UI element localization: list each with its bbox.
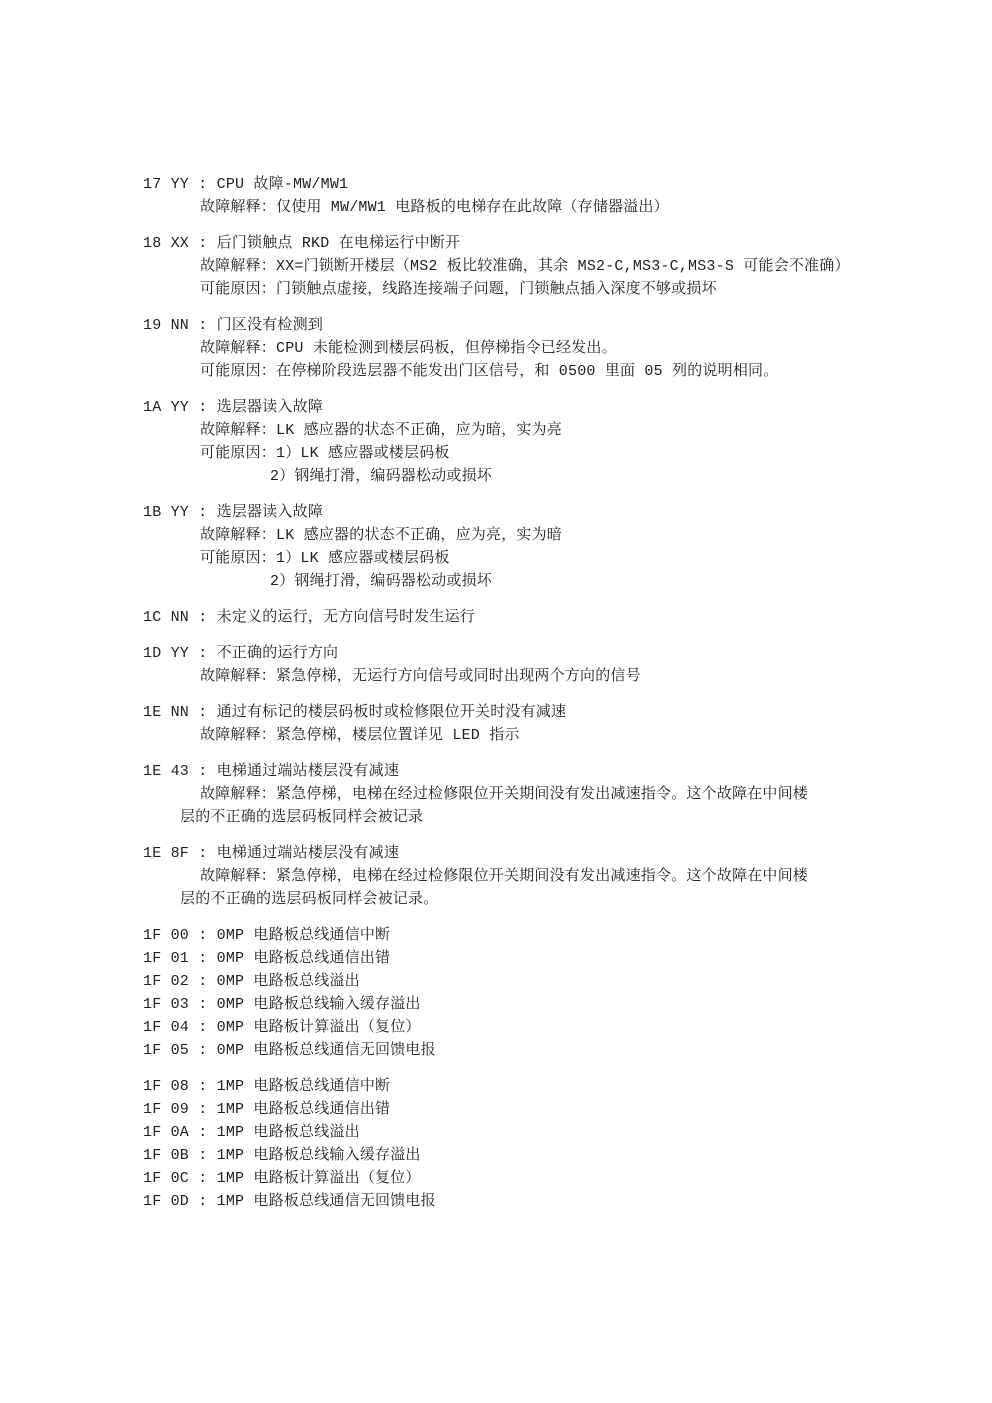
code-separator: : [189,1147,217,1164]
fault-code: 1E 8F [143,845,189,862]
fault-code-line: 1E NN : 通过有标记的楼层码板时或检修限位开关时没有减速 [0,701,992,724]
fault-title: 1MP 电路板总线通信中断 [217,1078,391,1095]
fault-title: 0MP 电路板总线通信出错 [217,950,391,967]
fault-title: 0MP 电路板总线通信无回馈电报 [217,1042,436,1059]
code-separator: : [189,1124,217,1141]
fault-block: 17 YY : CPU 故障-MW/MW1故障解释：仅使用 MW/MW1 电路板… [0,173,992,219]
code-separator: : [189,399,217,416]
fault-code-line: 1F 00 : 0MP 电路板总线通信中断 [0,924,992,947]
code-separator: : [189,1101,217,1118]
fault-detail-line: 故障解释：XX=门锁断开楼层（MS2 板比较准确，其余 MS2-C,MS3-C,… [0,255,992,278]
fault-code-line: 1E 43 : 电梯通过端站楼层没有减速 [0,760,992,783]
fault-detail-line: 故障解释：LK 感应器的状态不正确，应为暗，实为亮 [0,419,992,442]
fault-title: 0MP 电路板总线通信中断 [217,927,391,944]
fault-detail-line: 层的不正确的选层码板同样会被记录 [0,806,992,829]
fault-code: 1F 0B [143,1147,189,1164]
code-separator: : [189,504,217,521]
fault-title: 0MP 电路板计算溢出（复位） [217,1019,421,1036]
fault-code: 1B YY [143,504,189,521]
code-separator: : [189,176,217,193]
fault-code: 1F 04 [143,1019,189,1036]
fault-code: 1F 05 [143,1042,189,1059]
fault-detail-line: 2）钢绳打滑，编码器松动或损坏 [0,465,992,488]
fault-block: 1F 08 : 1MP 电路板总线通信中断1F 09 : 1MP 电路板总线通信… [0,1075,992,1213]
fault-block: 19 NN : 门区没有检测到故障解释：CPU 未能检测到楼层码板，但停梯指令已… [0,314,992,383]
fault-detail-line: 故障解释：紧急停梯，无运行方向信号或同时出现两个方向的信号 [0,665,992,688]
fault-block: 1E 8F : 电梯通过端站楼层没有减速故障解释：紧急停梯，电梯在经过检修限位开… [0,842,992,911]
fault-title: 选层器读入故障 [217,399,323,416]
fault-code-line: 1F 04 : 0MP 电路板计算溢出（复位） [0,1016,992,1039]
fault-detail-line: 可能原因：1）LK 感应器或楼层码板 [0,547,992,570]
code-separator: : [189,927,217,944]
code-separator: : [189,609,217,626]
fault-title: 1MP 电路板总线通信出错 [217,1101,391,1118]
fault-code-line: 1F 0B : 1MP 电路板总线输入缓存溢出 [0,1144,992,1167]
fault-detail-line: 故障解释：CPU 未能检测到楼层码板，但停梯指令已经发出。 [0,337,992,360]
fault-code: 1F 0A [143,1124,189,1141]
fault-code: 1F 0D [143,1193,189,1210]
fault-code: 1F 02 [143,973,189,990]
fault-title: 1MP 电路板总线通信无回馈电报 [217,1193,436,1210]
fault-code-line: 1F 02 : 0MP 电路板总线溢出 [0,970,992,993]
fault-block: 1C NN : 未定义的运行，无方向信号时发生运行 [0,606,992,629]
fault-detail-line: 故障解释：LK 感应器的状态不正确，应为亮，实为暗 [0,524,992,547]
fault-code: 17 YY [143,176,189,193]
fault-code-line: 1F 03 : 0MP 电路板总线输入缓存溢出 [0,993,992,1016]
code-separator: : [189,704,217,721]
fault-detail-line: 可能原因：1）LK 感应器或楼层码板 [0,442,992,465]
fault-title: 电梯通过端站楼层没有减速 [217,763,399,780]
fault-block: 1A YY : 选层器读入故障故障解释：LK 感应器的状态不正确，应为暗，实为亮… [0,396,992,488]
fault-block: 1D YY : 不正确的运行方向故障解释：紧急停梯，无运行方向信号或同时出现两个… [0,642,992,688]
code-separator: : [189,235,217,252]
fault-detail-line: 可能原因：门锁触点虚接，线路连接端子问题，门锁触点插入深度不够或损坏 [0,278,992,301]
fault-code: 1F 03 [143,996,189,1013]
fault-title: 通过有标记的楼层码板时或检修限位开关时没有减速 [217,704,567,721]
fault-block: 1B YY : 选层器读入故障故障解释：LK 感应器的状态不正确，应为亮，实为暗… [0,501,992,593]
fault-code-line: 1E 8F : 电梯通过端站楼层没有减速 [0,842,992,865]
fault-title: 1MP 电路板计算溢出（复位） [217,1170,421,1187]
fault-code-line: 19 NN : 门区没有检测到 [0,314,992,337]
code-separator: : [189,950,217,967]
fault-code: 1F 09 [143,1101,189,1118]
code-separator: : [189,1042,217,1059]
fault-code-line: 1A YY : 选层器读入故障 [0,396,992,419]
fault-block: 1E 43 : 电梯通过端站楼层没有减速故障解释：紧急停梯，电梯在经过检修限位开… [0,760,992,829]
fault-code: 1F 01 [143,950,189,967]
fault-code: 1E 43 [143,763,189,780]
fault-code-line: 1F 0A : 1MP 电路板总线溢出 [0,1121,992,1144]
fault-title: 未定义的运行，无方向信号时发生运行 [217,609,475,626]
fault-block: 18 XX : 后门锁触点 RKD 在电梯运行中断开故障解释：XX=门锁断开楼层… [0,232,992,301]
fault-code: 18 XX [143,235,189,252]
fault-title: 0MP 电路板总线溢出 [217,973,360,990]
fault-title: 不正确的运行方向 [217,645,339,662]
fault-code: 1D YY [143,645,189,662]
fault-block: 1F 00 : 0MP 电路板总线通信中断1F 01 : 0MP 电路板总线通信… [0,924,992,1062]
fault-code-line: 17 YY : CPU 故障-MW/MW1 [0,173,992,196]
fault-code-line: 18 XX : 后门锁触点 RKD 在电梯运行中断开 [0,232,992,255]
fault-code: 1C NN [143,609,189,626]
fault-code: 1F 08 [143,1078,189,1095]
code-separator: : [189,1170,217,1187]
code-separator: : [189,1019,217,1036]
fault-code-line: 1B YY : 选层器读入故障 [0,501,992,524]
fault-title: 选层器读入故障 [217,504,323,521]
fault-block: 1E NN : 通过有标记的楼层码板时或检修限位开关时没有减速故障解释：紧急停梯… [0,701,992,747]
fault-title: 1MP 电路板总线输入缓存溢出 [217,1147,421,1164]
fault-detail-line: 故障解释：紧急停梯，电梯在经过检修限位开关期间没有发出减速指令。这个故障在中间楼 [0,865,992,888]
fault-title: 电梯通过端站楼层没有减速 [217,845,399,862]
fault-code: 1A YY [143,399,189,416]
fault-detail-line: 故障解释：仅使用 MW/MW1 电路板的电梯存在此故障（存储器溢出） [0,196,992,219]
fault-code-line: 1F 01 : 0MP 电路板总线通信出错 [0,947,992,970]
fault-code: 1F 00 [143,927,189,944]
code-separator: : [189,1193,217,1210]
fault-title: 1MP 电路板总线溢出 [217,1124,360,1141]
fault-detail-line: 2）钢绳打滑，编码器松动或损坏 [0,570,992,593]
fault-code: 1F 0C [143,1170,189,1187]
fault-code-line: 1C NN : 未定义的运行，无方向信号时发生运行 [0,606,992,629]
code-separator: : [189,845,217,862]
code-separator: : [189,1078,217,1095]
code-separator: : [189,996,217,1013]
code-separator: : [189,763,217,780]
fault-list: 17 YY : CPU 故障-MW/MW1故障解释：仅使用 MW/MW1 电路板… [0,173,992,1226]
fault-code-line: 1F 0C : 1MP 电路板计算溢出（复位） [0,1167,992,1190]
fault-title: 0MP 电路板总线输入缓存溢出 [217,996,421,1013]
fault-code: 1E NN [143,704,189,721]
fault-detail-line: 故障解释：紧急停梯，电梯在经过检修限位开关期间没有发出减速指令。这个故障在中间楼 [0,783,992,806]
code-separator: : [189,317,217,334]
fault-code-line: 1D YY : 不正确的运行方向 [0,642,992,665]
fault-code-line: 1F 08 : 1MP 电路板总线通信中断 [0,1075,992,1098]
fault-title: 后门锁触点 RKD 在电梯运行中断开 [217,235,461,252]
document-page: 17 YY : CPU 故障-MW/MW1故障解释：仅使用 MW/MW1 电路板… [0,0,992,1403]
fault-detail-line: 故障解释：紧急停梯，楼层位置详见 LED 指示 [0,724,992,747]
fault-code-line: 1F 0D : 1MP 电路板总线通信无回馈电报 [0,1190,992,1213]
fault-detail-line: 可能原因：在停梯阶段选层器不能发出门区信号，和 0500 里面 05 列的说明相… [0,360,992,383]
code-separator: : [189,973,217,990]
fault-detail-line: 层的不正确的选层码板同样会被记录。 [0,888,992,911]
fault-code-line: 1F 05 : 0MP 电路板总线通信无回馈电报 [0,1039,992,1062]
fault-code: 19 NN [143,317,189,334]
code-separator: : [189,645,217,662]
fault-code-line: 1F 09 : 1MP 电路板总线通信出错 [0,1098,992,1121]
fault-title: 门区没有检测到 [217,317,323,334]
fault-title: CPU 故障-MW/MW1 [217,176,349,193]
